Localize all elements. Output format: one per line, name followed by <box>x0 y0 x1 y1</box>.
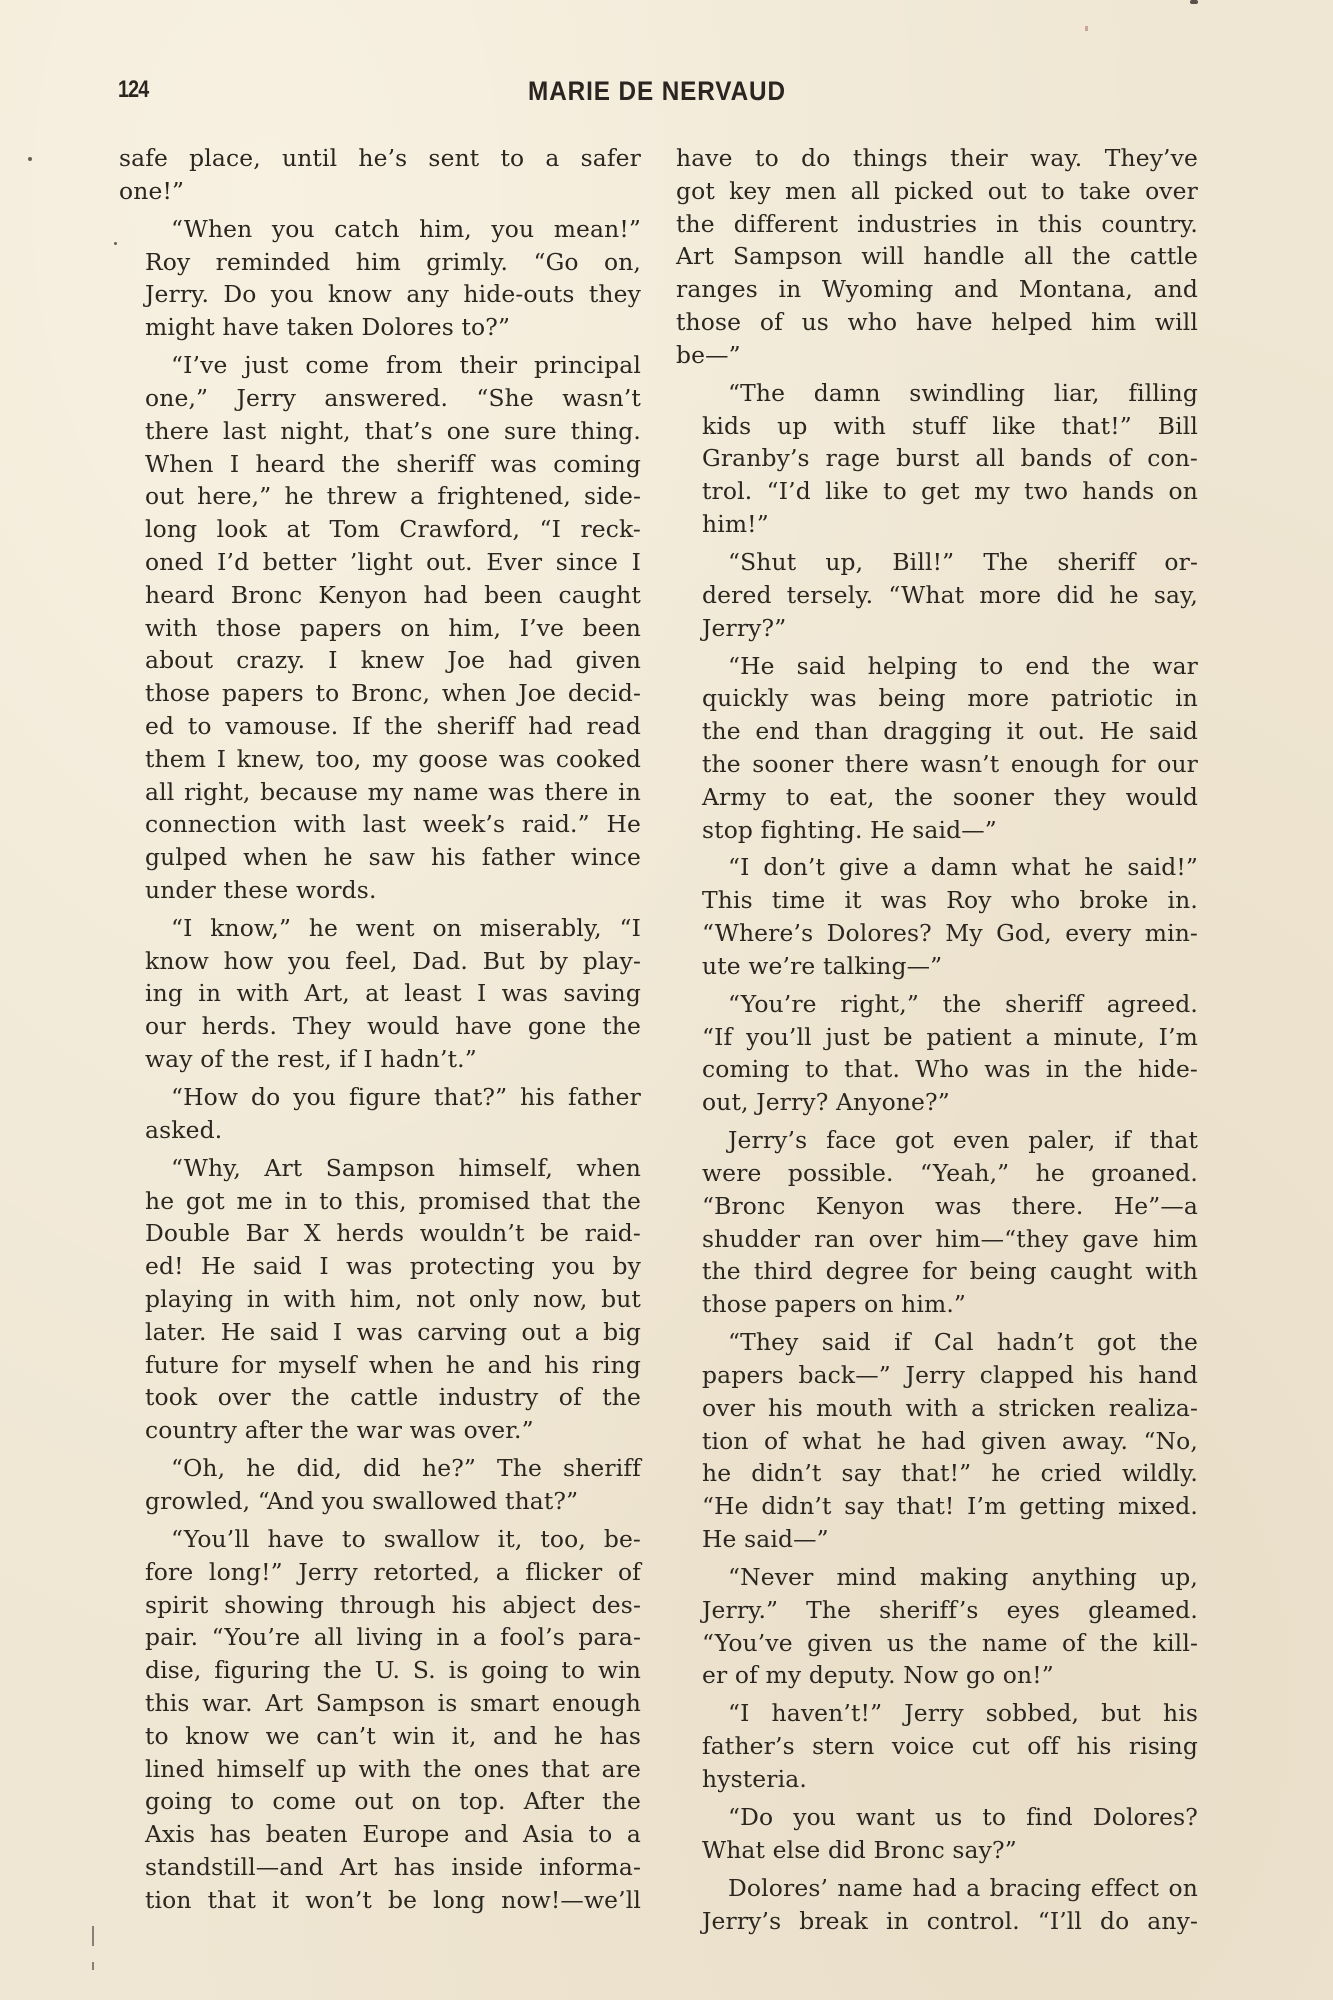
paragraph: “I’ve just come from their principalone,… <box>119 349 641 907</box>
text-line: them I knew, too, my goose was cooked <box>119 743 641 776</box>
paragraph: “I haven’t!” Jerry sobbed, but hisfather… <box>676 1697 1198 1795</box>
text-line: oned I’d better ’light out. Ever since I <box>119 546 641 579</box>
text-line: the sooner there wasn’t enough for our <box>676 748 1198 781</box>
text-line: “I haven’t!” Jerry sobbed, but his <box>676 1697 1198 1730</box>
text-line: playing in with him, not only now, but <box>119 1283 641 1316</box>
paragraph: “Shut up, Bill!” The sheriff or-dered te… <box>676 546 1198 644</box>
paragraph: “You’ll have to swallow it, too, be-fore… <box>119 1523 641 1917</box>
text-line: “You’re right,” the sheriff agreed. <box>676 988 1198 1021</box>
text-line: Dolores’ name had a bracing effect on <box>676 1872 1198 1905</box>
text-line: got key men all picked out to take over <box>676 175 1198 208</box>
text-line: know how you feel, Dad. But by play- <box>119 945 641 978</box>
text-line: future for myself when he and his ring <box>119 1349 641 1382</box>
text-line: stop fighting. He said—” <box>676 814 1198 847</box>
paragraph: “How do you figure that?” his fatheraske… <box>119 1081 641 1147</box>
left-column: safe place, until he’s sent to a saferon… <box>119 142 641 1922</box>
text-line: “Never mind making anything up, <box>676 1561 1198 1594</box>
text-line: over his mouth with a stricken realiza- <box>676 1392 1198 1425</box>
text-line: “The damn swindling liar, filling <box>676 377 1198 410</box>
text-line: to know we can’t win it, and he has <box>119 1720 641 1753</box>
text-line: be—” <box>676 339 1198 372</box>
text-line: Army to eat, the sooner they would <box>676 781 1198 814</box>
text-line: with those papers on him, I’ve been <box>119 612 641 645</box>
text-line: coming to that. Who was in the hide- <box>676 1053 1198 1086</box>
text-line: “He didn’t say that! I’m getting mixed. <box>676 1490 1198 1523</box>
text-line: safe place, until he’s sent to a safer <box>119 142 641 175</box>
text-line: “You’ve given us the name of the kill- <box>676 1627 1198 1660</box>
paragraph: “I know,” he went on miserably, “Iknow h… <box>119 912 641 1076</box>
text-line: “I know,” he went on miserably, “I <box>119 912 641 945</box>
paragraph: “I don’t give a damn what he said!”This … <box>676 851 1198 982</box>
text-line: going to come out on top. After the <box>119 1785 641 1818</box>
text-line: “He said helping to end the war <box>676 650 1198 683</box>
text-line: “Shut up, Bill!” The sheriff or- <box>676 546 1198 579</box>
text-line: the different industries in this country… <box>676 208 1198 241</box>
paragraph: “He said helping to end the warquickly w… <box>676 650 1198 847</box>
text-line: “If you’ll just be patient a minute, I’m <box>676 1021 1198 1054</box>
margin-speck <box>114 242 117 245</box>
paragraph: “Never mind making anything up,Jerry.” T… <box>676 1561 1198 1692</box>
book-page: 124 MARIE DE NERVAUD safe place, until h… <box>0 0 1333 2000</box>
running-title: MARIE DE NERVAUD <box>172 76 1142 107</box>
text-line: When I heard the sheriff was coming <box>119 448 641 481</box>
text-line: “When you catch him, you mean!” <box>119 213 641 246</box>
text-line: out, Jerry? Anyone?” <box>676 1086 1198 1119</box>
text-line: tion that it won’t be long now!—we’ll <box>119 1884 641 1917</box>
text-line: later. He said I was carving out a big <box>119 1316 641 1349</box>
text-line: ed! He said I was protecting you by <box>119 1250 641 1283</box>
paragraph: “When you catch him, you mean!”Roy remin… <box>119 213 641 344</box>
paragraph: “You’re right,” the sheriff agreed.“If y… <box>676 988 1198 1119</box>
text-line: pair. “You’re all living in a fool’s par… <box>119 1621 641 1654</box>
text-line: asked. <box>119 1114 641 1147</box>
text-line: he didn’t say that!” he cried wildly. <box>676 1457 1198 1490</box>
paragraph: Dolores’ name had a bracing effect onJer… <box>676 1872 1198 1938</box>
text-line: “Bronc Kenyon was there. He”—a <box>676 1190 1198 1223</box>
text-line: Art Sampson will handle all the cattle <box>676 240 1198 273</box>
text-line: under these words. <box>119 874 641 907</box>
paragraph: Jerry’s face got even paler, if thatwere… <box>676 1124 1198 1321</box>
text-line: Granby’s rage burst all bands of con- <box>676 442 1198 475</box>
paragraph: “The damn swindling liar, fillingkids up… <box>676 377 1198 541</box>
paper-speck <box>1190 0 1198 4</box>
text-line: “Do you want us to find Dolores? <box>676 1801 1198 1834</box>
text-line: our herds. They would have gone the <box>119 1010 641 1043</box>
text-line: “Oh, he did, did he?” The sheriff <box>119 1452 641 1485</box>
text-line: dise, figuring the U. S. is going to win <box>119 1654 641 1687</box>
text-line: connection with last week’s raid.” He <box>119 808 641 841</box>
paragraph: “Why, Art Sampson himself, whenhe got me… <box>119 1152 641 1447</box>
text-line: might have taken Dolores to?” <box>119 311 641 344</box>
text-line: ed to vamouse. If the sheriff had read <box>119 710 641 743</box>
text-line: growled, “And you swallowed that?” <box>119 1485 641 1518</box>
text-line: father’s stern voice cut off his rising <box>676 1730 1198 1763</box>
text-line: he got me in to this, promised that the <box>119 1185 641 1218</box>
text-line: Jerry’s face got even paler, if that <box>676 1124 1198 1157</box>
text-line: out here,” he threw a frightened, side- <box>119 480 641 513</box>
text-line: fore long!” Jerry retorted, a flicker of <box>119 1556 641 1589</box>
text-line: kids up with stuff like that!” Bill <box>676 410 1198 443</box>
text-line: were possible. “Yeah,” he groaned. <box>676 1157 1198 1190</box>
text-line: He said—” <box>676 1523 1198 1556</box>
text-line: took over the cattle industry of the <box>119 1381 641 1414</box>
text-line: tion of what he had given away. “No, <box>676 1425 1198 1458</box>
text-line: er of my deputy. Now go on!” <box>676 1659 1198 1692</box>
text-line: Double Bar X herds wouldn’t be raid- <box>119 1217 641 1250</box>
text-line: one,” Jerry answered. “She wasn’t <box>119 382 641 415</box>
text-line: long look at Tom Crawford, “I reck- <box>119 513 641 546</box>
text-line: country after the war was over.” <box>119 1414 641 1447</box>
paper-speck <box>1085 26 1088 31</box>
paragraph: “Oh, he did, did he?” The sheriffgrowled… <box>119 1452 641 1518</box>
text-line: there last night, that’s one sure thing. <box>119 415 641 448</box>
text-line: ranges in Wyoming and Montana, and <box>676 273 1198 306</box>
text-line: hysteria. <box>676 1763 1198 1796</box>
text-line: Roy reminded him grimly. “Go on, <box>119 246 641 279</box>
text-line: those of us who have helped him will <box>676 306 1198 339</box>
text-line: all right, because my name was there in <box>119 776 641 809</box>
text-line: heard Bronc Kenyon had been caught <box>119 579 641 612</box>
text-line: quickly was being more patriotic in <box>676 682 1198 715</box>
text-line: This time it was Roy who broke in. <box>676 884 1198 917</box>
text-line: “I don’t give a damn what he said!” <box>676 851 1198 884</box>
text-line: way of the rest, if I hadn’t.” <box>119 1043 641 1076</box>
right-column: have to do things their way. They’vegot … <box>676 142 1198 1942</box>
text-line: Axis has beaten Europe and Asia to a <box>119 1818 641 1851</box>
text-line: What else did Bronc say?” <box>676 1834 1198 1867</box>
text-line: Jerry.” The sheriff’s eyes gleamed. <box>676 1594 1198 1627</box>
margin-mark <box>92 1926 94 1946</box>
text-line: papers back—” Jerry clapped his hand <box>676 1359 1198 1392</box>
text-line: spirit showing through his abject des- <box>119 1589 641 1622</box>
text-line: Jerry’s break in control. “I’ll do any- <box>676 1905 1198 1938</box>
running-head: 124 MARIE DE NERVAUD <box>118 76 1196 110</box>
text-line: about crazy. I knew Joe had given <box>119 644 641 677</box>
paragraph: “They said if Cal hadn’t got thepapers b… <box>676 1326 1198 1556</box>
page-number: 124 <box>118 76 148 104</box>
text-line: dered tersely. “What more did he say, <box>676 579 1198 612</box>
text-line: Jerry. Do you know any hide-outs they <box>119 278 641 311</box>
text-line: those papers on him.” <box>676 1288 1198 1321</box>
paragraph: safe place, until he’s sent to a saferon… <box>119 142 641 208</box>
text-line: trol. “I’d like to get my two hands on <box>676 475 1198 508</box>
text-line: “Why, Art Sampson himself, when <box>119 1152 641 1185</box>
text-line: shudder ran over him—“they gave him <box>676 1223 1198 1256</box>
text-line: one!” <box>119 175 641 208</box>
text-line: lined himself up with the ones that are <box>119 1753 641 1786</box>
text-line: “You’ll have to swallow it, too, be- <box>119 1523 641 1556</box>
text-line: the end than dragging it out. He said <box>676 715 1198 748</box>
text-line: Jerry?” <box>676 612 1198 645</box>
text-line: “They said if Cal hadn’t got the <box>676 1326 1198 1359</box>
text-line: standstill—and Art has inside informa- <box>119 1851 641 1884</box>
text-line: gulped when he saw his father wince <box>119 841 641 874</box>
paragraph: “Do you want us to find Dolores?What els… <box>676 1801 1198 1867</box>
text-line: ing in with Art, at least I was saving <box>119 977 641 1010</box>
text-line: him!” <box>676 508 1198 541</box>
text-line: “Where’s Dolores? My God, every min- <box>676 917 1198 950</box>
text-line: “I’ve just come from their principal <box>119 349 641 382</box>
text-line: those papers to Bronc, when Joe decid- <box>119 677 641 710</box>
margin-mark <box>92 1962 94 1970</box>
text-line: have to do things their way. They’ve <box>676 142 1198 175</box>
text-line: this war. Art Sampson is smart enough <box>119 1687 641 1720</box>
margin-speck <box>28 157 32 161</box>
paragraph: have to do things their way. They’vegot … <box>676 142 1198 372</box>
text-line: “How do you figure that?” his father <box>119 1081 641 1114</box>
text-line: the third degree for being caught with <box>676 1255 1198 1288</box>
text-line: ute we’re talking—” <box>676 950 1198 983</box>
